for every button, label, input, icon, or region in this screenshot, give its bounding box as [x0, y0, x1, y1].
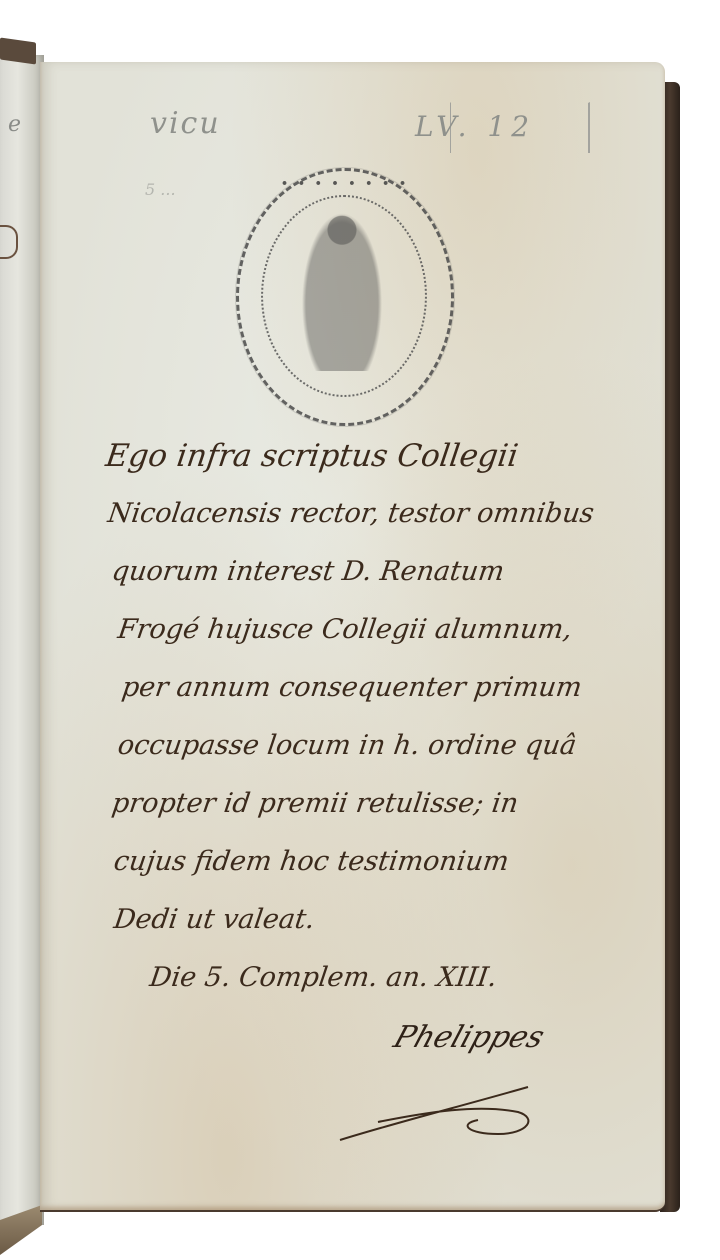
text-line: per annum consequenter primum: [66, 659, 664, 717]
text-line: Frogé hujusce Collegii alumnum,: [66, 601, 664, 659]
signature: Phelippes: [389, 1020, 548, 1055]
text-line: propter id premii retulisse; in: [66, 775, 664, 833]
stamp-legend: • • • • • • • •: [239, 177, 451, 190]
text-line: Dedi ut valeat.: [66, 891, 664, 949]
manuscript-page: vicu 5 ... LV. 12 • • • • • • • • Ego in…: [40, 62, 665, 1212]
text-line: cujus fidem hoc testimonium: [66, 833, 664, 891]
text-line: quorum interest D. Renatum: [66, 543, 664, 601]
pencil-mark-top-left: vicu: [150, 106, 221, 141]
flyleaf-ink-curl: [0, 225, 18, 259]
text-line: occupasse locum in h. ordine quâ: [66, 717, 664, 775]
flyleaf-pencil-mark: e: [8, 112, 21, 137]
stamp-figure-icon: [301, 211, 383, 371]
handwritten-text: Ego infra scriptus Collegii Nicolacensis…: [70, 427, 660, 949]
date-line: Die 5. Complem. an. XIII.: [148, 962, 499, 993]
text-line: Nicolacensis rector, testor omnibus: [66, 485, 664, 543]
signature-flourish-icon: [338, 1082, 538, 1142]
text-line: Ego infra scriptus Collegii: [66, 427, 664, 485]
oval-ink-stamp: • • • • • • • •: [236, 168, 454, 426]
pencil-shelfmark: LV. 12: [415, 110, 535, 143]
pencil-mark-top-left-below: 5 ...: [145, 180, 176, 199]
